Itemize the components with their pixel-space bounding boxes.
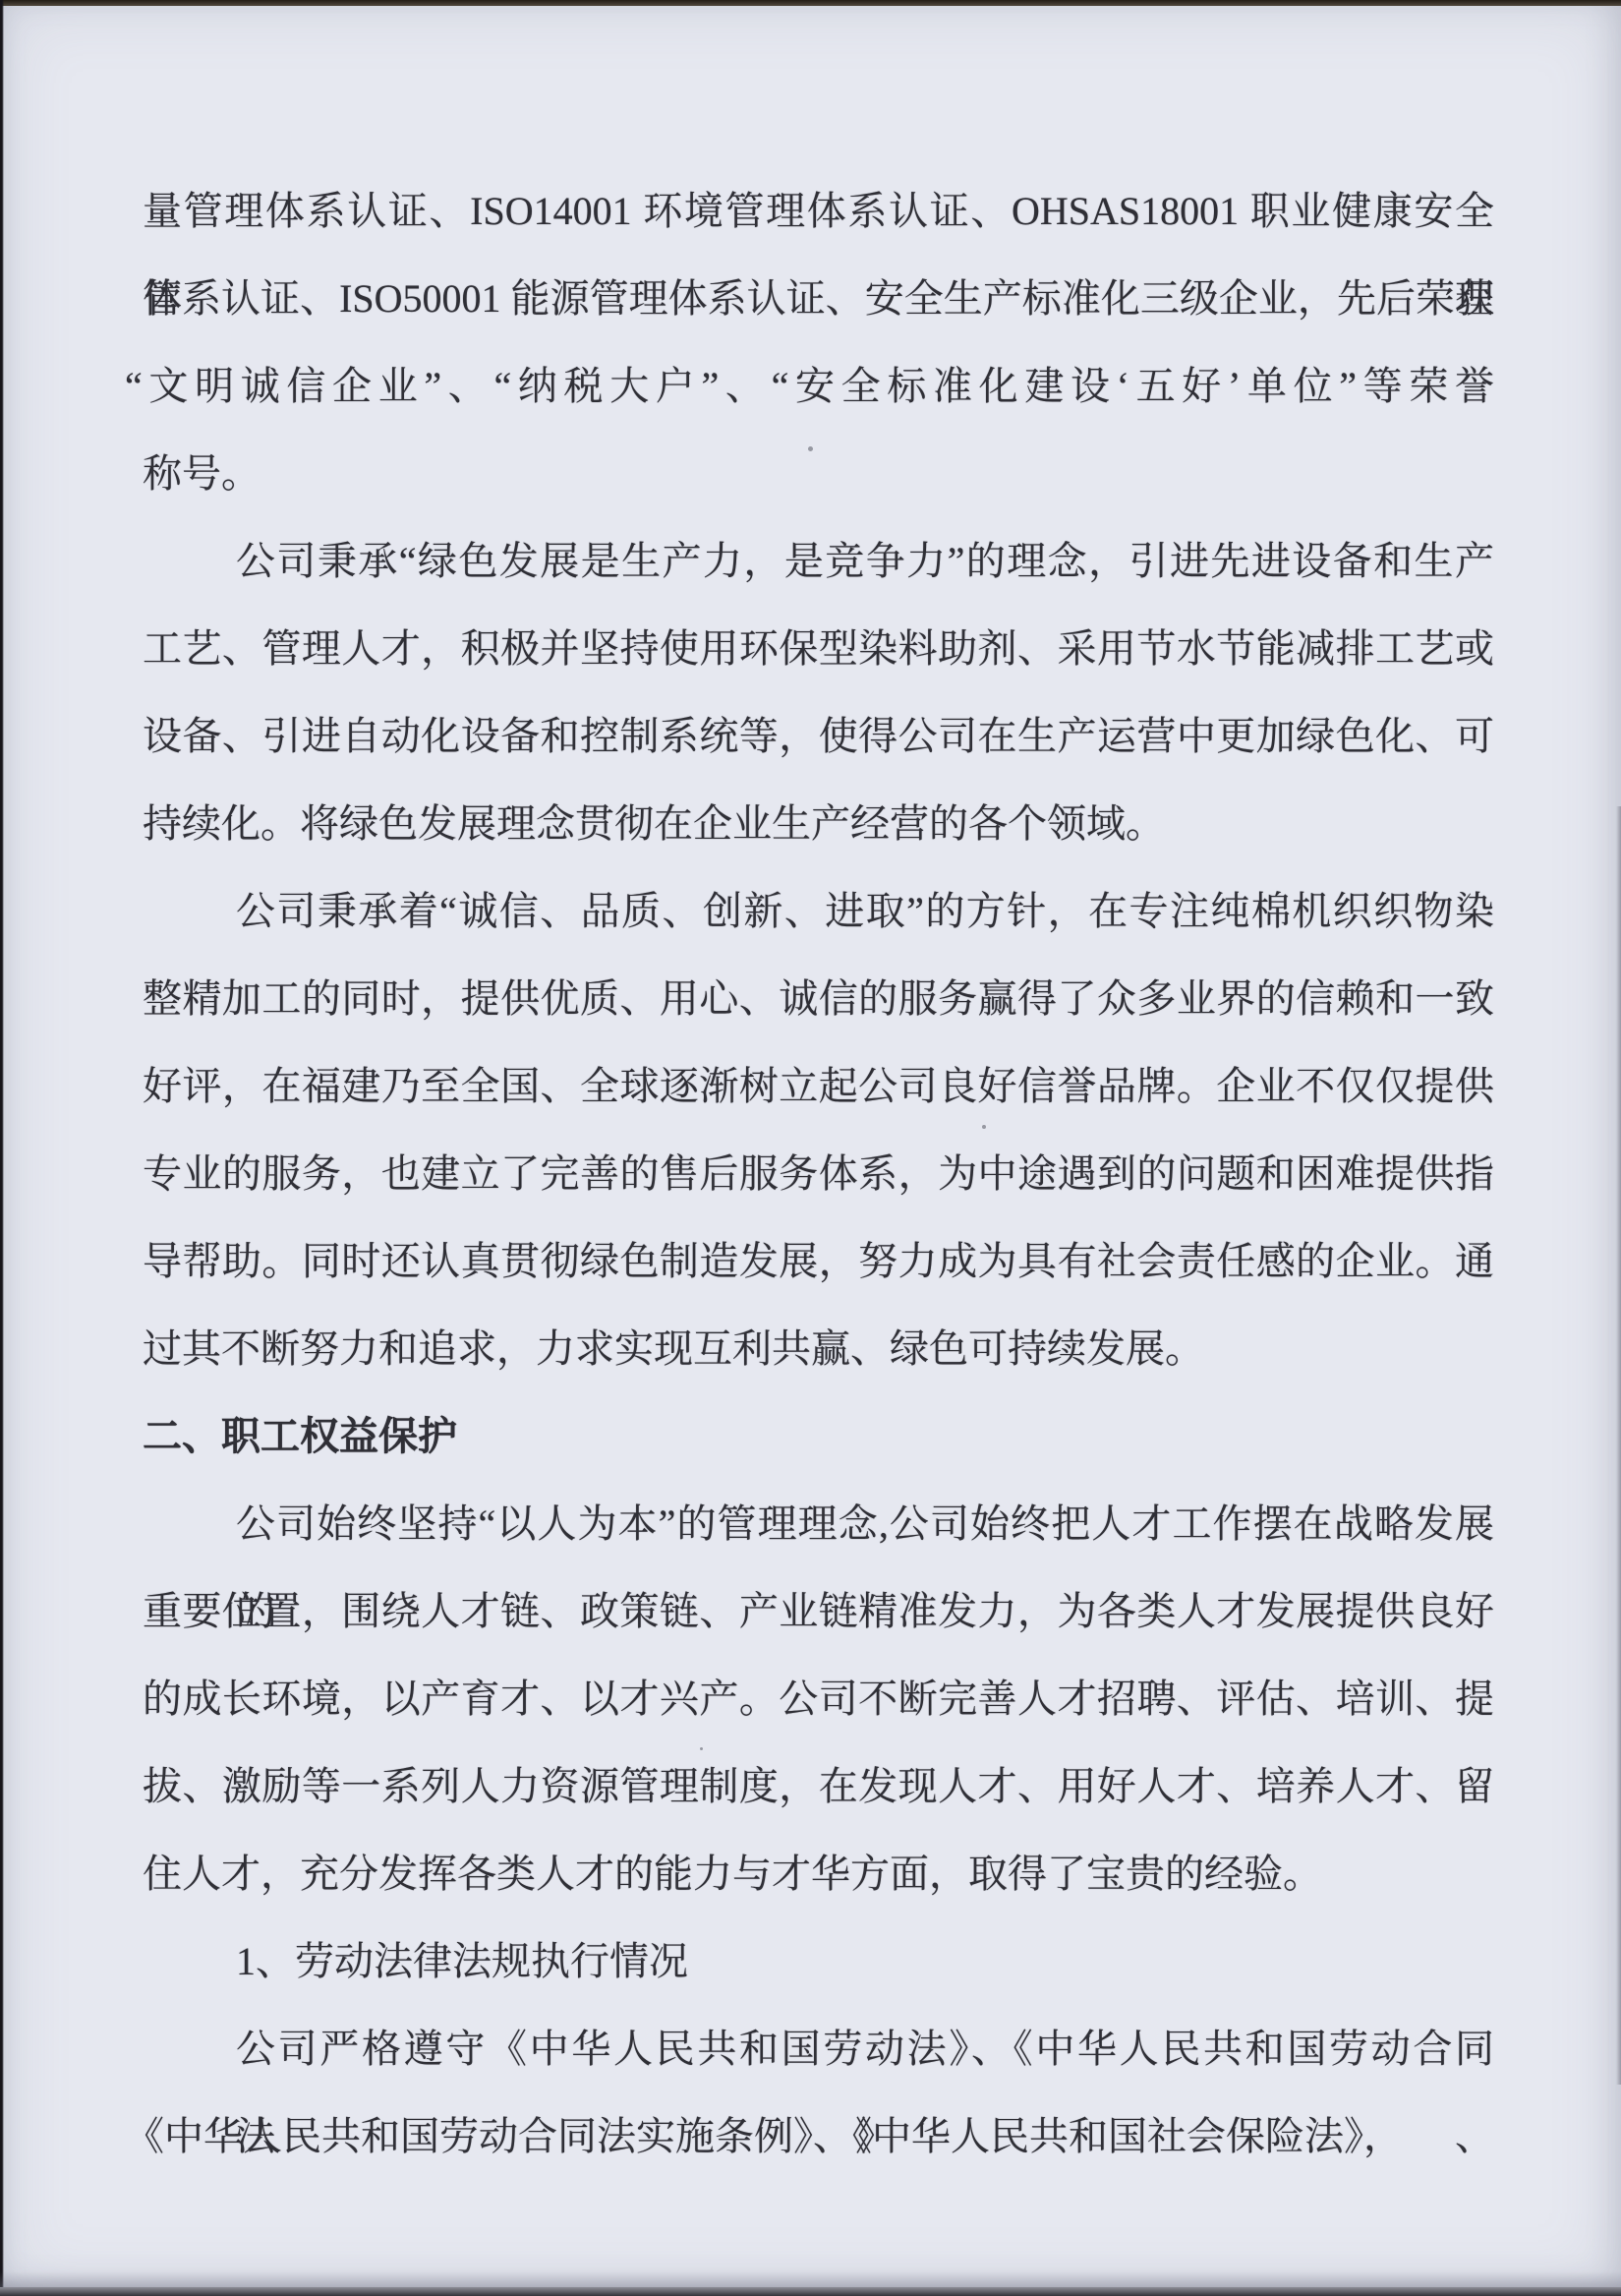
text-line: 导帮助。同时还认真贯彻绿色制造发展，努力成为具有社会责任感的企业。通 xyxy=(143,1217,1494,1305)
text-line: 设备、引进自动化设备和控制系统等，使得公司在生产运营中更加绿色化、可 xyxy=(143,692,1494,780)
text-line: 的成长环境，以产育才、以才兴产。公司不断完善人才招聘、评估、培训、提 xyxy=(143,1655,1494,1742)
text-line: 1、劳动法律法规执行情况 xyxy=(143,1917,1494,2005)
text-line: 拔、激励等一系列人力资源管理制度，在发现人才、用好人才、培养人才、留 xyxy=(143,1742,1494,1830)
scan-edge-top xyxy=(0,0,1621,6)
text-line: 好评，在福建乃至全国、全球逐渐树立起公司良好信誉品牌。企业不仅仅提供 xyxy=(143,1042,1494,1130)
scan-speck xyxy=(982,1125,986,1129)
text-line: 体系认证、ISO50001 能源管理体系认证、安全生产标准化三级企业，先后荣获 xyxy=(143,255,1494,342)
text-line: 《中华人民共和国劳动合同法实施条例》、《中华人民共和国社会保险法》， xyxy=(125,2092,1494,2180)
text-line: 称号。 xyxy=(143,430,1494,517)
text-line: 公司秉承着“诚信、品质、创新、进取”的方针，在专注纯棉机织织物染 xyxy=(143,867,1494,955)
text-line: 住人才，充分发挥各类人才的能力与才华方面，取得了宝贵的经验。 xyxy=(143,1830,1494,1917)
scan-edge-bottom-shade xyxy=(0,2271,1621,2287)
text-line: 整精加工的同时，提供优质、用心、诚信的服务赢得了众多业界的信赖和一致 xyxy=(143,955,1494,1042)
text-line: 重要位置，围绕人才链、政策链、产业链精准发力，为各类人才发展提供良好 xyxy=(143,1567,1494,1655)
scan-edge-right xyxy=(1616,806,1621,2085)
scan-edge-left xyxy=(0,0,4,2296)
scan-speck xyxy=(808,446,813,451)
text-line: “文明诚信企业”、“纳税大户”、“安全标准化建设‘五好’单位”等荣誉 xyxy=(125,342,1494,430)
text-line: 公司始终坚持“以人为本”的管理理念,公司始终把人才工作摆在战略发展的 xyxy=(143,1480,1494,1567)
scan-edge-bottom xyxy=(0,2287,1621,2296)
section-heading: 二、职工权益保护 xyxy=(143,1392,1494,1480)
text-line: 量管理体系认证、ISO14001 环境管理体系认证、OHSAS18001 职业健… xyxy=(143,167,1494,255)
text-line: 公司秉承“绿色发展是生产力，是竞争力”的理念，引进先进设备和生产 xyxy=(143,517,1494,605)
text-line: 持续化。将绿色发展理念贯彻在企业生产经营的各个领域。 xyxy=(143,780,1494,867)
text-line: 工艺、管理人才，积极并坚持使用环保型染料助剂、采用节水节能减排工艺或 xyxy=(143,605,1494,692)
document-body: 量管理体系认证、ISO14001 环境管理体系认证、OHSAS18001 职业健… xyxy=(143,167,1494,2180)
text-line: 过其不断努力和追求，力求实现互利共赢、绿色可持续发展。 xyxy=(143,1305,1494,1392)
text-line: 专业的服务，也建立了完善的售后服务体系，为中途遇到的问题和困难提供指 xyxy=(143,1130,1494,1217)
scan-speck xyxy=(700,1747,703,1750)
text-line: 公司严格遵守《中华人民共和国劳动法》、《中华人民共和国劳动合同法》、 xyxy=(143,2005,1494,2092)
scanned-page: 量管理体系认证、ISO14001 环境管理体系认证、OHSAS18001 职业健… xyxy=(0,0,1621,2296)
